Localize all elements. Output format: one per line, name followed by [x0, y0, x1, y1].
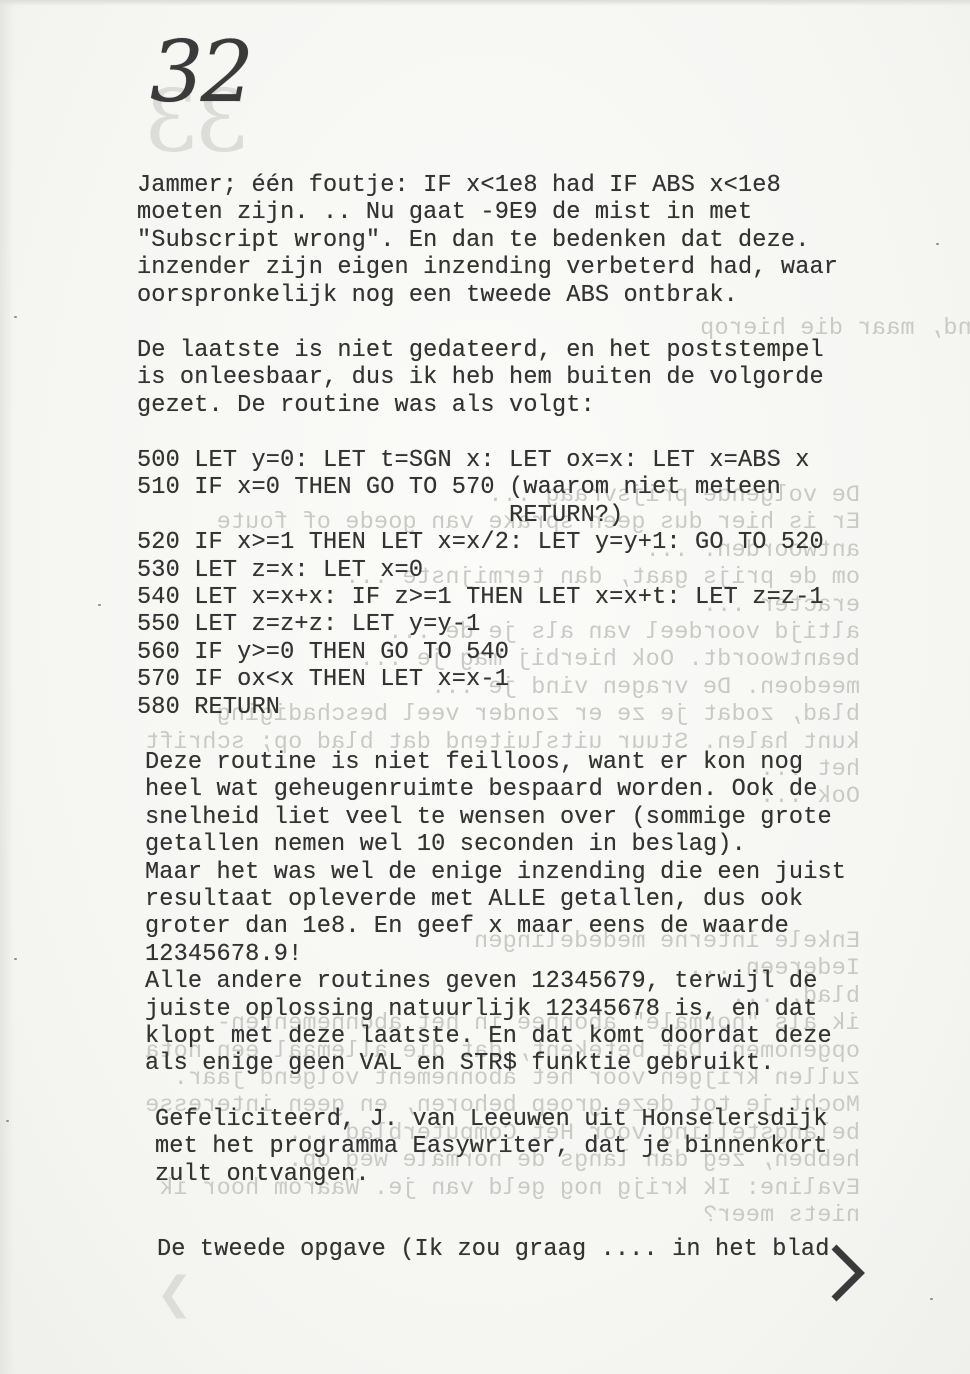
show-through-chevron-icon: ❯: [156, 1268, 193, 1319]
text-line: resultaat opleverde met ALLE getallen, d…: [145, 886, 846, 913]
text-line: heel wat geheugenruimte bespaard worden.…: [145, 776, 846, 803]
code-line: 580 RETURN: [137, 694, 824, 721]
text-line: groter dan 1e8. En geef x maar eens de w…: [145, 913, 846, 940]
show-through-line: niets meer?: [160, 1202, 860, 1229]
text-line: "Subscript wrong". En dan te bedenken da…: [137, 227, 838, 254]
speck: [936, 243, 939, 245]
speck: [14, 958, 17, 960]
code-line: 540 LET x=x+x: IF z>=1 THEN LET x=x+t: L…: [137, 584, 824, 611]
paragraph-evaluation: Deze routine is niet feilloos, want er k…: [145, 749, 846, 1078]
text-line: klopt met deze laatste. En dat komt door…: [145, 1023, 846, 1050]
code-line: RETURN?): [137, 502, 824, 529]
text-line: is onleesbaar, dus ik heb hem buiten de …: [137, 364, 824, 391]
text-line: Deze routine is niet feilloos, want er k…: [145, 749, 846, 776]
text-line: juiste oplossing natuurlijk 12345678 is,…: [145, 996, 846, 1023]
code-line: 500 LET y=0: LET t=SGN x: LET ox=x: LET …: [137, 447, 824, 474]
speck: [98, 604, 101, 606]
text-line: snelheid liet veel te wensen over (sommi…: [145, 804, 846, 831]
text-line: 12345678.9!: [145, 941, 846, 968]
text-line: Alle andere routines geven 12345679, ter…: [145, 968, 846, 995]
speck: [930, 1298, 933, 1300]
code-line: 530 LET z=x: LET x=0: [137, 557, 824, 584]
basic-code-listing: 500 LET y=0: LET t=SGN x: LET ox=x: LET …: [137, 447, 824, 721]
scanned-page: 33 willen zien...opgelegd, ...uitgewerkt…: [0, 0, 970, 1374]
code-line: 510 IF x=0 THEN GO TO 570 (waarom niet m…: [137, 474, 824, 501]
paragraph-second-assignment: De tweede opgave (Ik zou graag .... in h…: [157, 1236, 830, 1263]
text-line: als enige geen VAL en STR$ funktie gebru…: [145, 1050, 846, 1077]
text-line: Jammer; één foutje: IF x<1e8 had IF ABS …: [137, 172, 838, 199]
text-line: gezet. De routine was als volgt:: [137, 392, 824, 419]
text-line: inzender zijn eigen inzending verbeterd …: [137, 254, 838, 281]
speck: [6, 1120, 9, 1122]
speck: [14, 316, 17, 318]
text-line: De tweede opgave (Ik zou graag .... in h…: [157, 1236, 830, 1263]
code-line: 570 IF ox<x THEN LET x=x-1: [137, 666, 824, 693]
text-line: moeten zijn. .. Nu gaat -9E9 de mist in …: [137, 199, 838, 226]
paragraph-error-note: Jammer; één foutje: IF x<1e8 had IF ABS …: [137, 172, 838, 309]
text-line: getallen nemen wel 10 seconden in beslag…: [145, 831, 846, 858]
paper-top-edge: [0, 0, 970, 6]
chevron-right-icon[interactable]: [826, 1243, 866, 1303]
text-line: zult ontvangen.: [155, 1161, 828, 1188]
paper-left-edge: [0, 0, 14, 1374]
page-number: 32: [150, 30, 251, 114]
text-line: De laatste is niet gedateerd, en het pos…: [137, 337, 824, 364]
text-line: oorspronkelijk nog een tweede ABS ontbra…: [137, 282, 838, 309]
text-line: Maar het was wel de enige inzending die …: [145, 859, 846, 886]
text-line: met het programma Easywriter, dat je bin…: [155, 1133, 828, 1160]
text-line: Gefeliciteerd, J. van Leeuwen uit Honsel…: [155, 1106, 828, 1133]
paragraph-winner: Gefeliciteerd, J. van Leeuwen uit Honsel…: [155, 1106, 828, 1188]
code-line: 520 IF x>=1 THEN LET x=x/2: LET y=y+1: G…: [137, 529, 824, 556]
paragraph-undated-entry: De laatste is niet gedateerd, en het pos…: [137, 337, 824, 419]
code-line: 550 LET z=z+z: LET y=y-1: [137, 611, 824, 638]
code-line: 560 IF y>=0 THEN GO TO 540: [137, 639, 824, 666]
